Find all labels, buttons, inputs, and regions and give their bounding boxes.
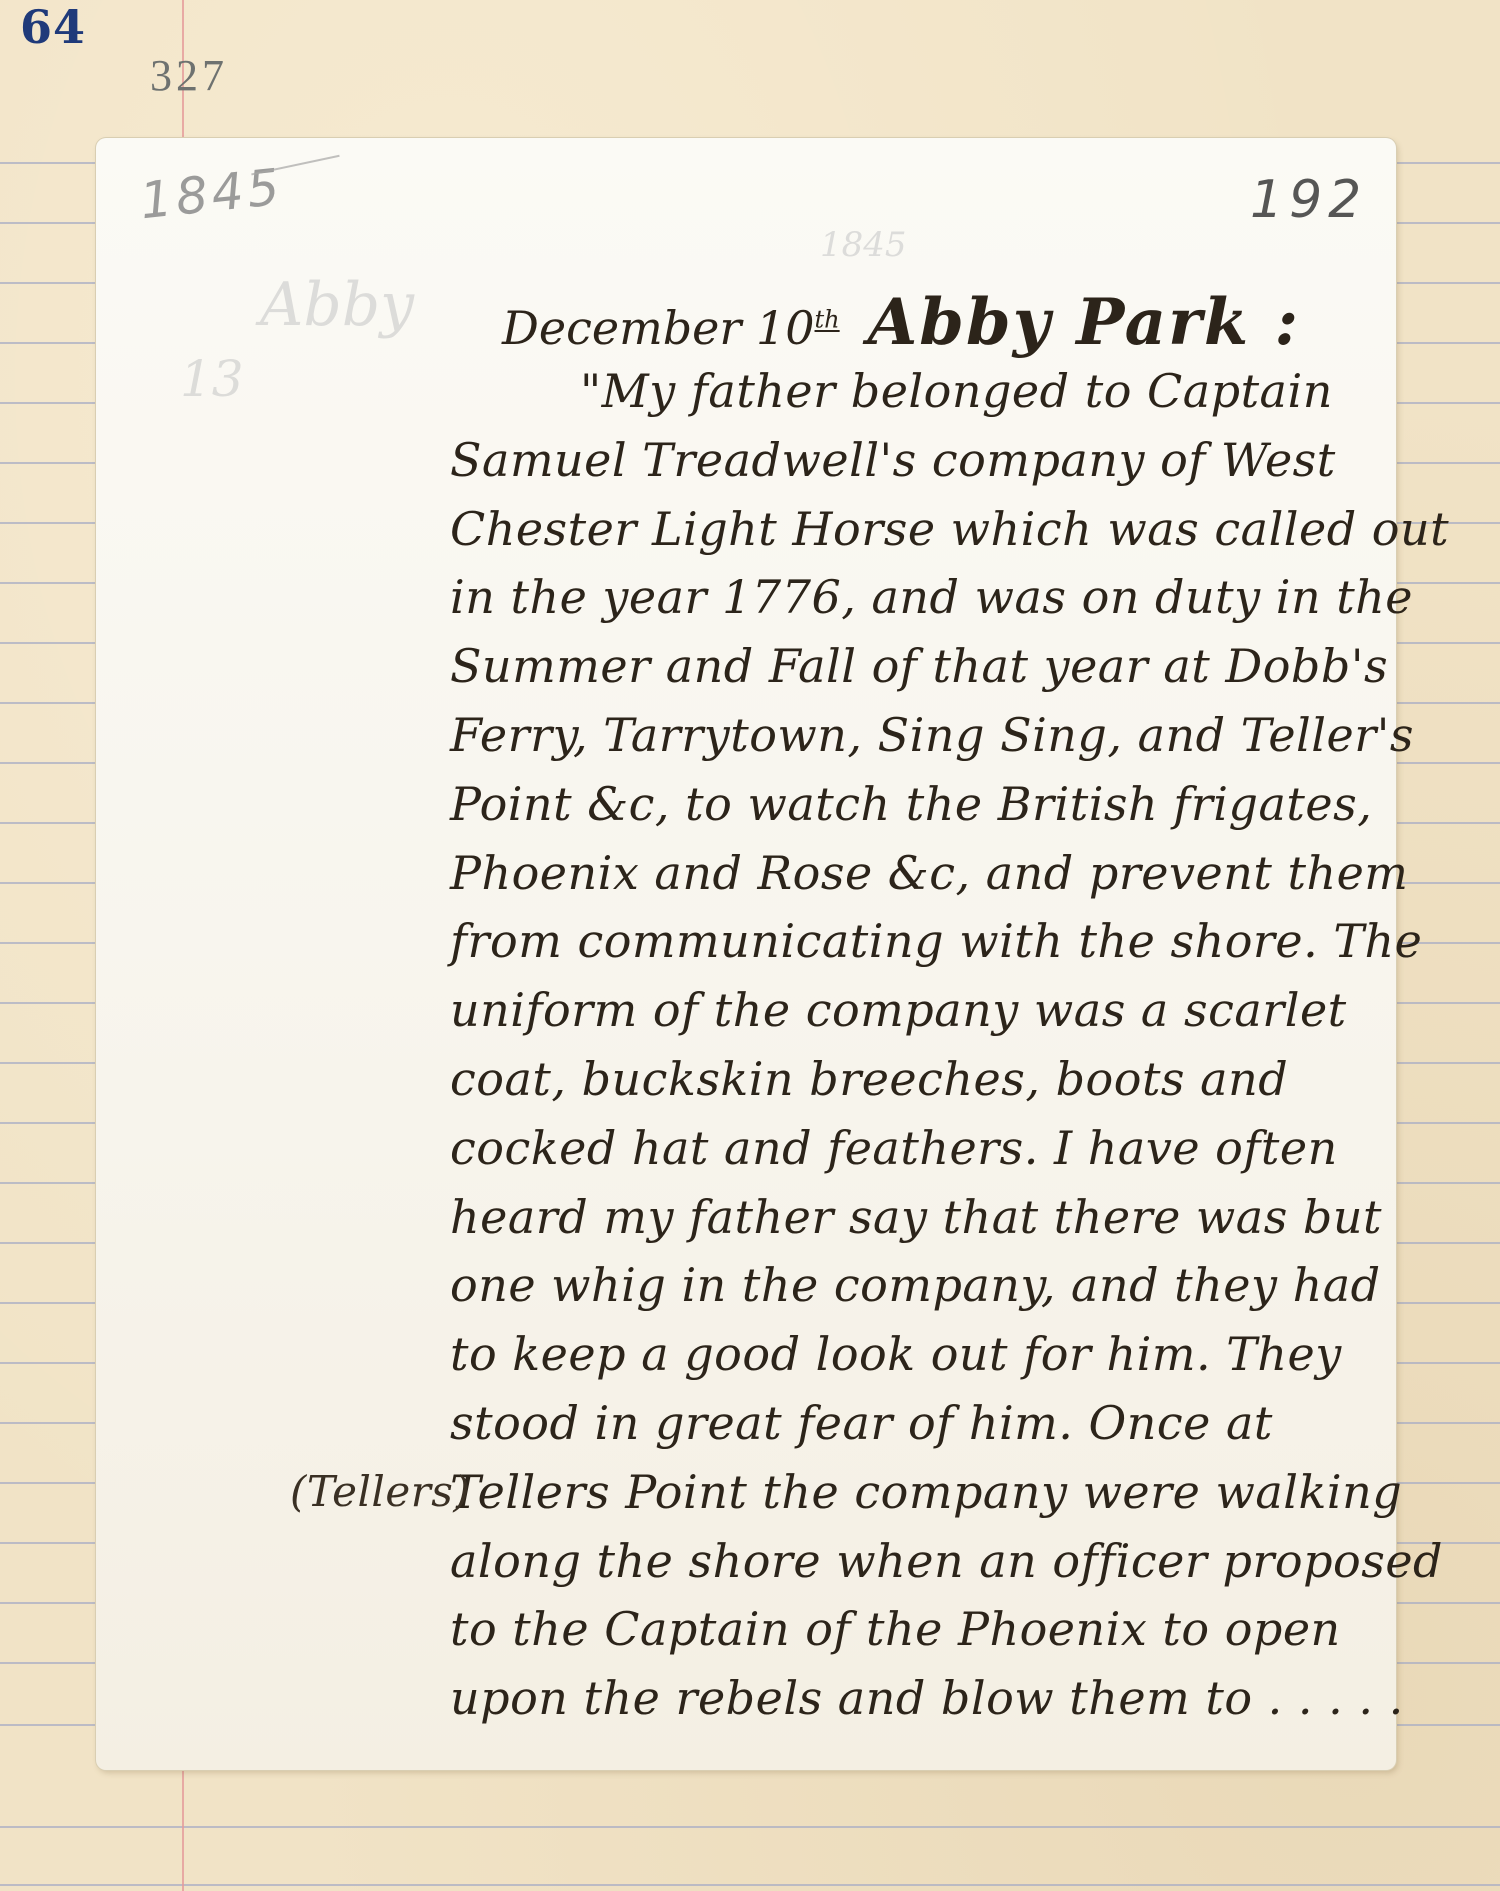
erased-pencil-mark: 13 (180, 350, 244, 408)
ledger-rule (0, 1826, 1500, 1828)
text-line: Phoenix and Rose &c, and prevent them (450, 839, 1390, 908)
entry-heading: December 10th Abby Park : (450, 285, 1390, 357)
text-line: cocked hat and feathers. I have often (450, 1114, 1390, 1183)
text-line: along the shore when an officer proposed (450, 1527, 1390, 1596)
margin-note: (Tellers) (290, 1458, 470, 1527)
text-line: Tellers Point the company were walking (450, 1465, 1402, 1519)
manuscript-text: December 10th Abby Park : "My father bel… (450, 285, 1390, 1733)
text-line: one whig in the company, and they had (450, 1251, 1390, 1320)
text-line-with-margin-note: (Tellers) Tellers Point the company were… (450, 1458, 1390, 1527)
text-line: heard my father say that there was but (450, 1183, 1390, 1252)
pencil-page-number: 192 (1250, 170, 1367, 230)
erased-pencil-mark: 1845 (820, 225, 907, 265)
folio-stamp: 64 (20, 0, 86, 54)
text-line: to the Captain of the Phoenix to open (450, 1595, 1390, 1664)
text-line: from communicating with the shore. The (450, 907, 1390, 976)
text-line: uniform of the company was a scarlet (450, 976, 1390, 1045)
text-line: Ferry, Tarrytown, Sing Sing, and Teller'… (450, 701, 1390, 770)
entry-date: December 10th (502, 301, 840, 355)
date-suffix: th (815, 306, 840, 334)
text-line: Summer and Fall of that year at Dobb's (450, 632, 1390, 701)
text-line: Samuel Treadwell's company of West (450, 426, 1390, 495)
text-line: in the year 1776, and was on duty in the (450, 563, 1390, 632)
erased-pencil-mark: Abby (260, 270, 414, 340)
text-line: Point &c, to watch the British frigates, (450, 770, 1390, 839)
text-line: to keep a good look out for him. They (450, 1320, 1390, 1389)
text-line: coat, buckskin breeches, boots and (450, 1045, 1390, 1114)
text-line: Chester Light Horse which was called out (450, 495, 1390, 564)
text-line: upon the rebels and blow them to . . . .… (450, 1664, 1390, 1733)
ledger-rule (0, 1884, 1500, 1886)
text-line: stood in great fear of him. Once at (450, 1389, 1390, 1458)
text-line: "My father belonged to Captain (450, 357, 1390, 426)
entry-place: Abby Park : (868, 285, 1300, 360)
entry-number-stamp: 327 (150, 50, 228, 101)
